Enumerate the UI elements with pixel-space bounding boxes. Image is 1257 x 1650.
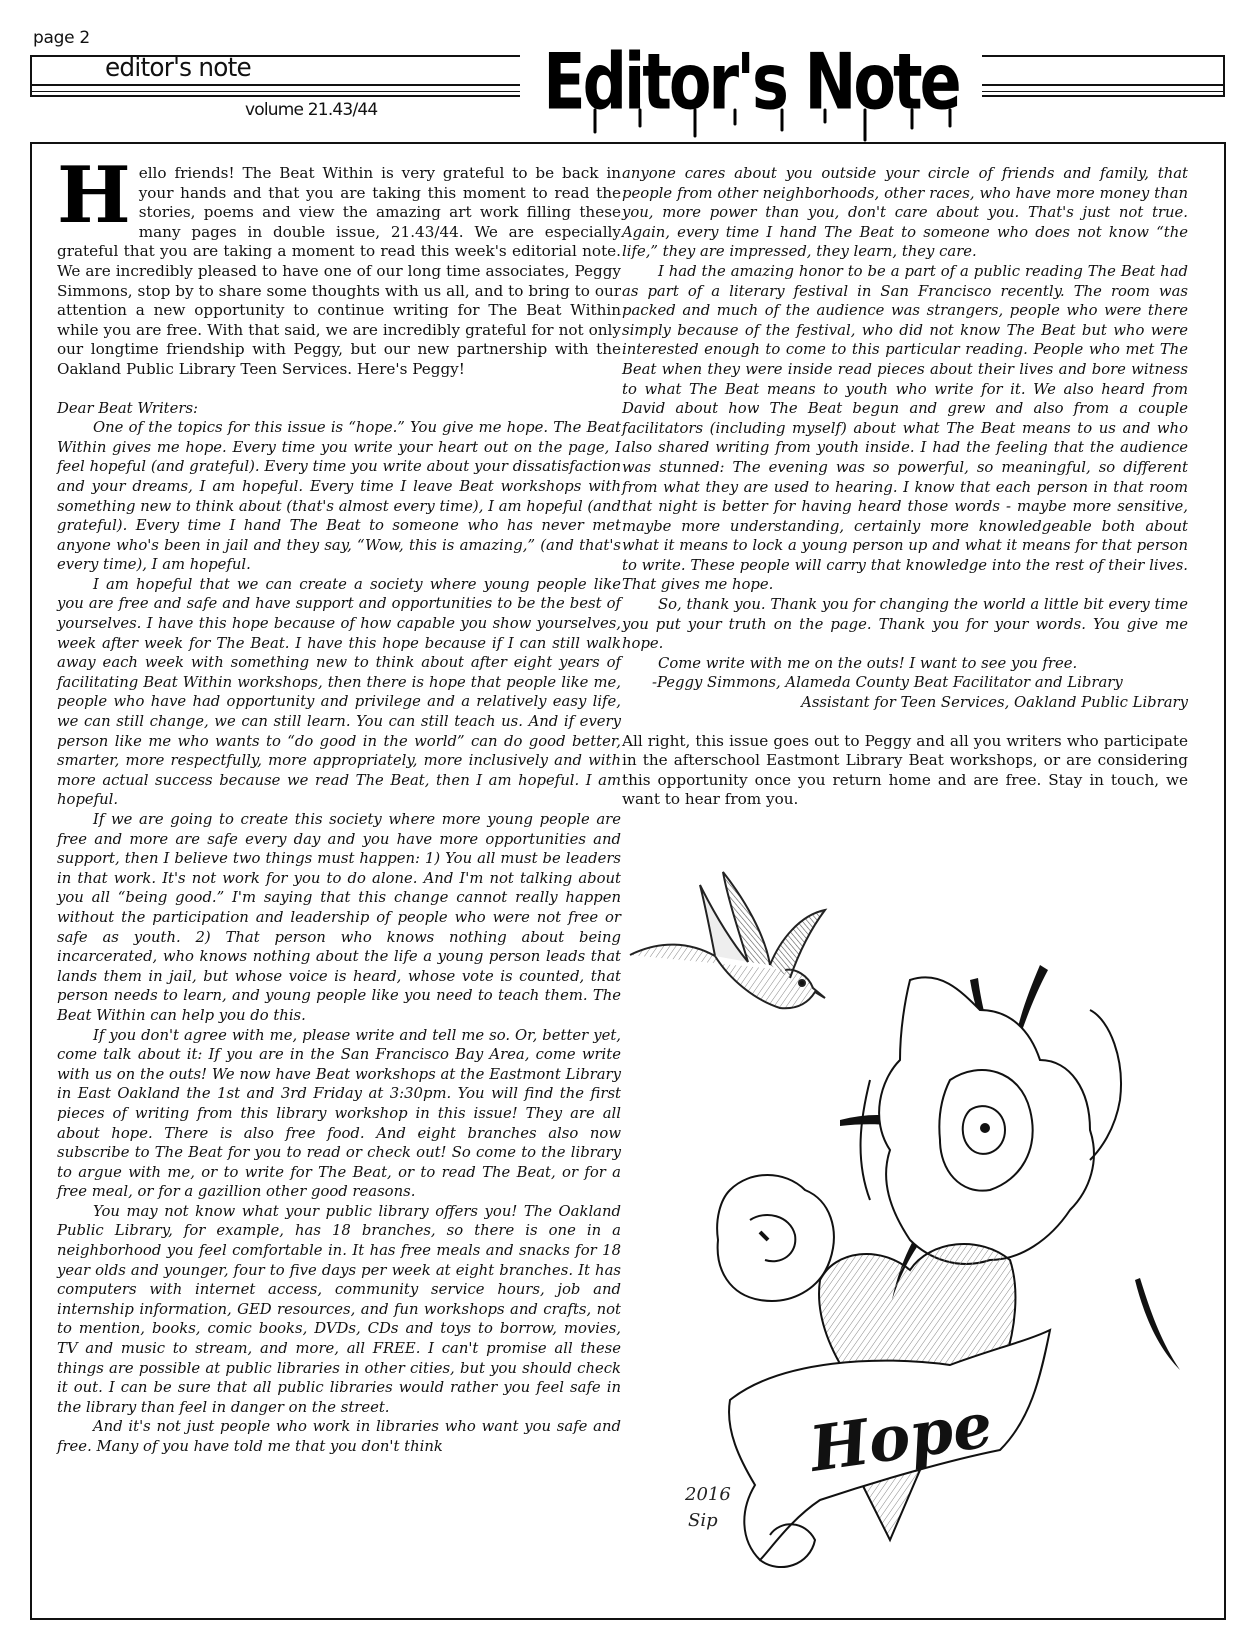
volume-label: volume 21.43/44 <box>245 100 377 120</box>
swallow-icon <box>630 872 825 1008</box>
letter-paragraph: I had the amazing honor to be a part of … <box>622 262 1188 595</box>
letter-paragraph: If we are going to create this society w… <box>57 810 621 1026</box>
intro-text: ello friends! The Beat Within is very gr… <box>57 164 621 378</box>
intro-paragraph: Hello friends! The Beat Within is very g… <box>57 164 621 380</box>
artist-year: 2016 <box>684 1484 731 1505</box>
salutation: Dear Beat Writers: <box>57 399 621 419</box>
section-label: editor's note <box>105 53 251 83</box>
drop-cap: H <box>57 166 131 226</box>
rose-icon <box>861 977 1121 1264</box>
small-rose-icon <box>717 1175 834 1301</box>
letter-paragraph: You may not know what your public librar… <box>57 1202 621 1418</box>
right-column: anyone cares about you outside your circ… <box>622 164 1188 810</box>
hope-artwork: Hope 2016 Sip <box>620 860 1210 1610</box>
letter-paragraph: And it's not just people who work in lib… <box>57 1417 621 1456</box>
letter-paragraph: If you don't agree with me, please write… <box>57 1026 621 1202</box>
signature-title: Assistant for Teen Services, Oakland Pub… <box>622 693 1188 713</box>
masthead: Editor's Note <box>520 22 982 142</box>
letter-closing-line: Come write with me on the outs! I want t… <box>622 654 1188 674</box>
paint-drips-icon <box>520 22 982 142</box>
letter-paragraph: anyone cares about you outside your circ… <box>622 164 1188 262</box>
artist-signature: Sip <box>688 1510 718 1531</box>
letter-paragraph: I am hopeful that we can create a societ… <box>57 575 621 810</box>
signature: -Peggy Simmons, Alameda County Beat Faci… <box>622 673 1188 693</box>
left-column: Hello friends! The Beat Within is very g… <box>57 164 621 1457</box>
letter-paragraph: One of the topics for this issue is “hop… <box>57 418 621 575</box>
closing-paragraph: All right, this issue goes out to Peggy … <box>622 732 1188 810</box>
letter-paragraph: So, thank you. Thank you for changing th… <box>622 595 1188 654</box>
page-number: page 2 <box>33 28 90 48</box>
